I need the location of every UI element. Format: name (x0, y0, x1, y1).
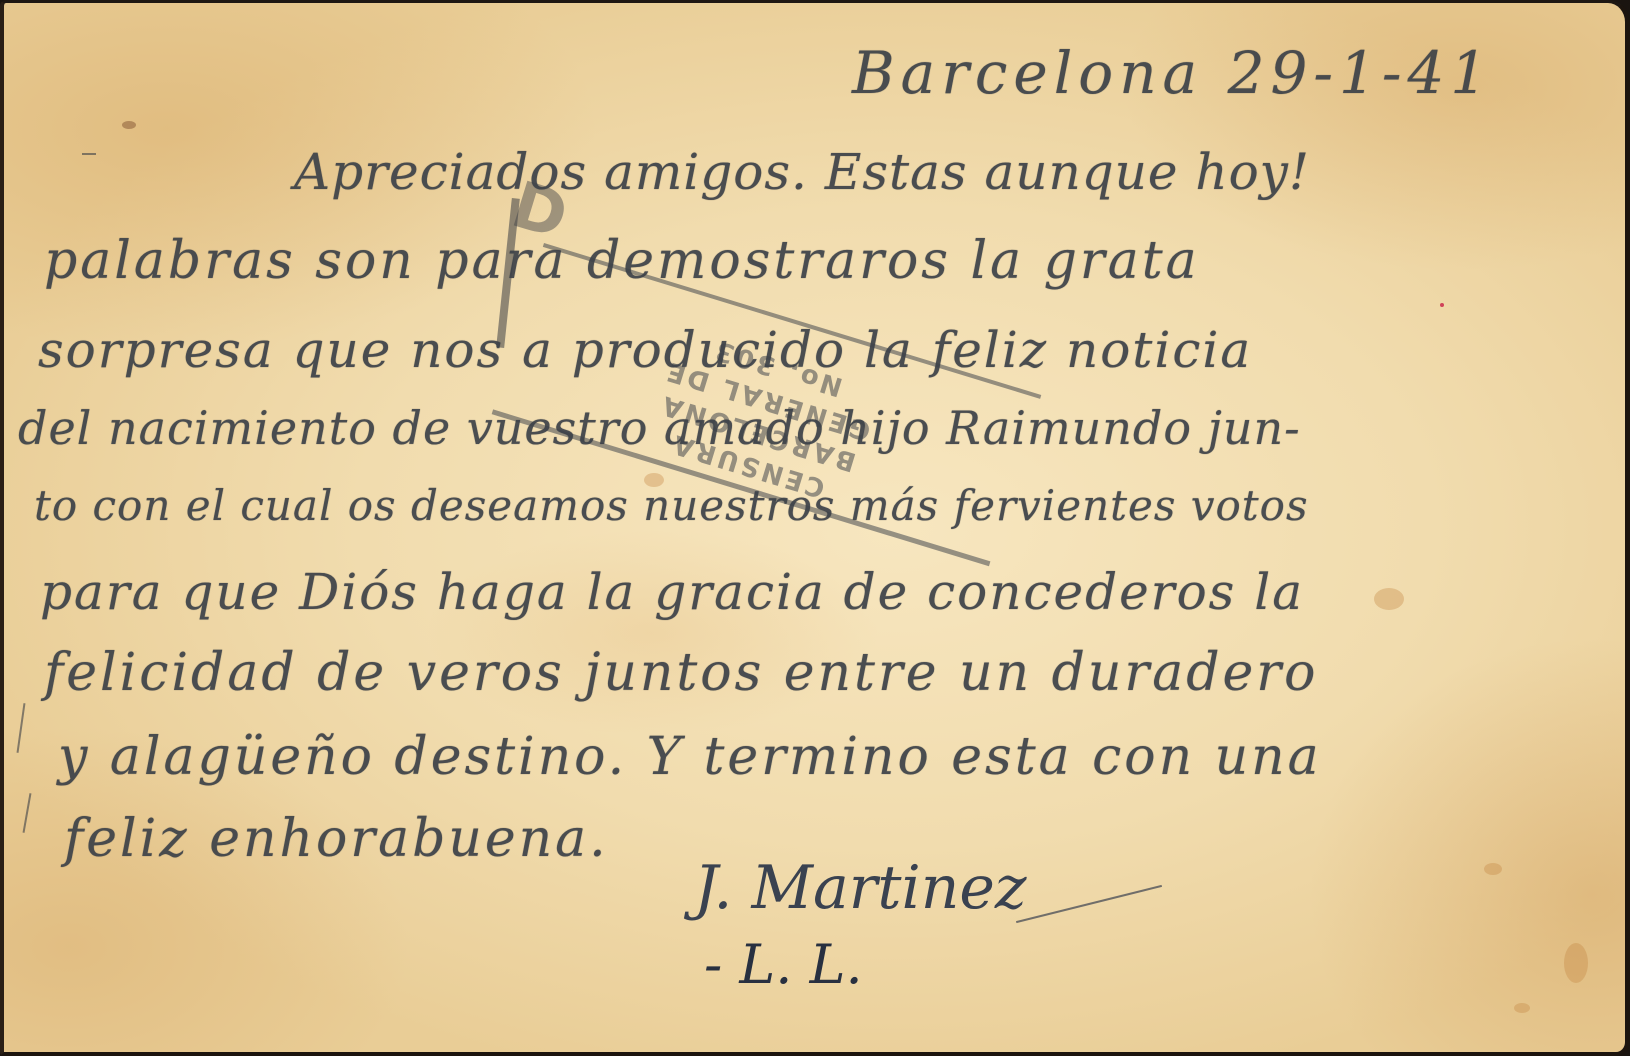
letter-line: sorpresa que nos a producido la feliz no… (38, 321, 1252, 379)
postcard: D CENSURA BARCELONA GENERAL DE No. 303 B… (0, 0, 1630, 1056)
letter-line: y alagüeño destino. Y termino esta con u… (58, 727, 1322, 787)
signature-initials: - L. L. (704, 933, 863, 996)
paper-stain (1514, 1003, 1530, 1013)
ink-dot (1440, 303, 1444, 307)
margin-mark (17, 703, 26, 753)
letter-line: to con el cual os deseamos nuestros más … (34, 481, 1309, 530)
letter-line: palabras son para demostraros la grata (44, 231, 1200, 291)
margin-mark (82, 153, 96, 155)
paper-stain (1374, 588, 1404, 610)
margin-mark (23, 793, 32, 833)
letter-line: felicidad de veros juntos entre un durad… (44, 643, 1318, 703)
place-date: Barcelona 29-1-41 (852, 39, 1493, 107)
letter-line: Apreciados amigos. Estas aunque hoy! (294, 143, 1310, 201)
signature-name: J. Martinez (694, 853, 1027, 923)
paper-stain (1564, 943, 1588, 983)
signature-flourish (1016, 885, 1162, 923)
letter-line: feliz enhorabuena. (64, 809, 609, 869)
paper-stain (1484, 863, 1502, 875)
paper-stain (122, 121, 136, 129)
letter-line: del nacimiento de vuestro amado hijo Rai… (18, 401, 1301, 455)
letter-line: para que Diós haga la gracia de conceder… (40, 563, 1304, 621)
